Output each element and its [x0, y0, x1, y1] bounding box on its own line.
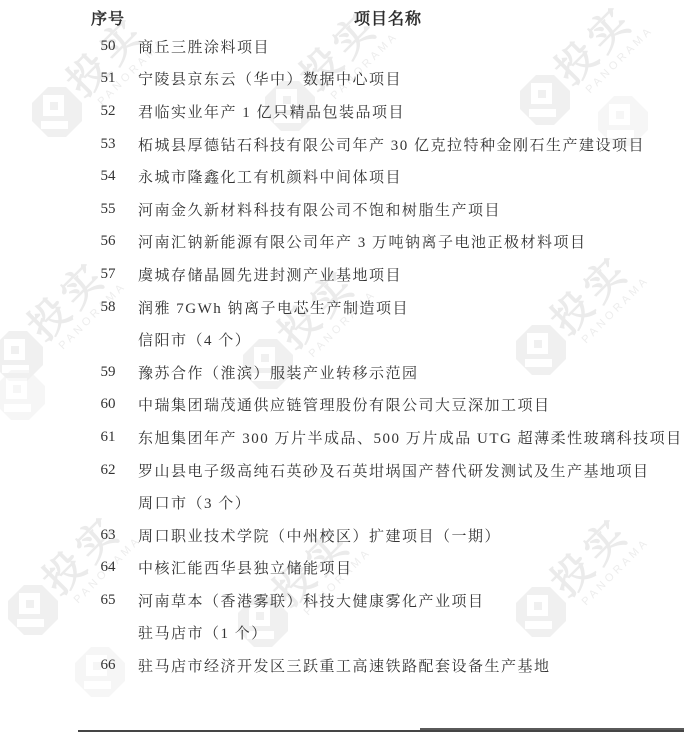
row-number: 59 — [90, 364, 126, 381]
row-number: 52 — [90, 103, 126, 120]
column-header-serial-number: 序号 — [91, 6, 125, 29]
row-number: 65 — [90, 592, 126, 609]
row-number: 58 — [90, 299, 126, 316]
table-row: 50 商丘三胜涂料项目 — [0, 30, 684, 63]
project-name: 信阳市（4 个） — [138, 329, 251, 350]
project-name: 东旭集团年产 300 万片半成品、500 万片成品 UTG 超薄柔性玻璃科技项目 — [138, 427, 683, 448]
table-row: 53 柘城县厚德钻石科技有限公司年产 30 亿克拉特种金刚石生产建设项目 — [0, 128, 684, 161]
project-name: 中瑞集团瑞茂通供应链管理股份有限公司大豆深加工项目 — [138, 394, 551, 415]
table-row: 52 君临实业年产 1 亿只精品包装品项目 — [0, 95, 684, 128]
table-row: 62 罗山县电子级高纯石英砂及石英坩埚国产替代研发测试及生产基地项目 — [0, 454, 684, 487]
project-name: 驻马店市经济开发区三跃重工高速铁路配套设备生产基地 — [138, 655, 551, 676]
row-number: 64 — [90, 559, 126, 576]
row-number: 60 — [90, 396, 126, 413]
row-number: 63 — [90, 527, 126, 544]
table-row: 55 河南金久新材料科技有限公司不饱和树脂生产项目 — [0, 193, 684, 226]
footer-rule — [420, 728, 684, 730]
row-number: 62 — [90, 462, 126, 479]
table-row: 51 宁陵县京东云（华中）数据中心项目 — [0, 63, 684, 96]
project-name: 永城市隆鑫化工有机颜料中间体项目 — [138, 166, 402, 187]
table-row: 64 中核汇能西华县独立储能项目 — [0, 552, 684, 585]
footer-rule — [78, 730, 684, 732]
column-header-project-name: 项目名称 — [354, 6, 422, 29]
project-name: 商丘三胜涂料项目 — [138, 36, 270, 57]
city-subtotal-row: 驻马店市（1 个） — [0, 617, 684, 650]
project-name: 君临实业年产 1 亿只精品包装品项目 — [138, 101, 405, 122]
table-row: 60 中瑞集团瑞茂通供应链管理股份有限公司大豆深加工项目 — [0, 389, 684, 422]
project-name: 驻马店市（1 个） — [138, 622, 268, 643]
row-number: 57 — [90, 266, 126, 283]
project-name: 河南金久新材料科技有限公司不饱和树脂生产项目 — [138, 199, 501, 220]
table-row: 61 东旭集团年产 300 万片半成品、500 万片成品 UTG 超薄柔性玻璃科… — [0, 421, 684, 454]
project-name: 罗山县电子级高纯石英砂及石英坩埚国产替代研发测试及生产基地项目 — [138, 460, 650, 481]
project-name: 周口市（3 个） — [138, 492, 251, 513]
table-row: 58 润雅 7GWh 钠离子电芯生产制造项目 — [0, 291, 684, 324]
project-name: 虞城存储晶圆先进封测产业基地项目 — [138, 264, 402, 285]
row-number: 51 — [90, 70, 126, 87]
project-name: 润雅 7GWh 钠离子电芯生产制造项目 — [138, 297, 409, 318]
row-number: 66 — [90, 657, 126, 674]
table-row: 59 豫苏合作（淮滨）服装产业转移示范园 — [0, 356, 684, 389]
project-name: 宁陵县京东云（华中）数据中心项目 — [138, 68, 402, 89]
project-table: 50 商丘三胜涂料项目 51 宁陵县京东云（华中）数据中心项目 52 君临实业年… — [0, 30, 684, 682]
project-name: 河南汇钠新能源有限公司年产 3 万吨钠离子电池正极材料项目 — [138, 231, 587, 252]
table-row: 66 驻马店市经济开发区三跃重工高速铁路配套设备生产基地 — [0, 649, 684, 682]
project-name: 中核汇能西华县独立储能项目 — [138, 557, 353, 578]
row-number: 50 — [90, 38, 126, 55]
project-name: 柘城县厚德钻石科技有限公司年产 30 亿克拉特种金刚石生产建设项目 — [138, 134, 645, 155]
scanned-document-page: 投实PANORAMA 投实PANORAMA 投实PANORAMA 投实PANOR… — [0, 0, 684, 741]
table-header: 序号 项目名称 — [0, 6, 684, 26]
table-row: 63 周口职业技术学院（中州校区）扩建项目（一期） — [0, 519, 684, 552]
row-number: 54 — [90, 168, 126, 185]
city-subtotal-row: 信阳市（4 个） — [0, 323, 684, 356]
project-name: 河南草本（香港雾联）科技大健康雾化产业项目 — [138, 590, 485, 611]
row-number: 56 — [90, 233, 126, 250]
row-number: 53 — [90, 136, 126, 153]
city-subtotal-row: 周口市（3 个） — [0, 486, 684, 519]
project-name: 周口职业技术学院（中州校区）扩建项目（一期） — [138, 525, 501, 546]
row-number: 55 — [90, 201, 126, 218]
project-name: 豫苏合作（淮滨）服装产业转移示范园 — [138, 362, 419, 383]
row-number: 61 — [90, 429, 126, 446]
table-row: 56 河南汇钠新能源有限公司年产 3 万吨钠离子电池正极材料项目 — [0, 226, 684, 259]
table-row: 65 河南草本（香港雾联）科技大健康雾化产业项目 — [0, 584, 684, 617]
table-row: 54 永城市隆鑫化工有机颜料中间体项目 — [0, 160, 684, 193]
table-row: 57 虞城存储晶圆先进封测产业基地项目 — [0, 258, 684, 291]
